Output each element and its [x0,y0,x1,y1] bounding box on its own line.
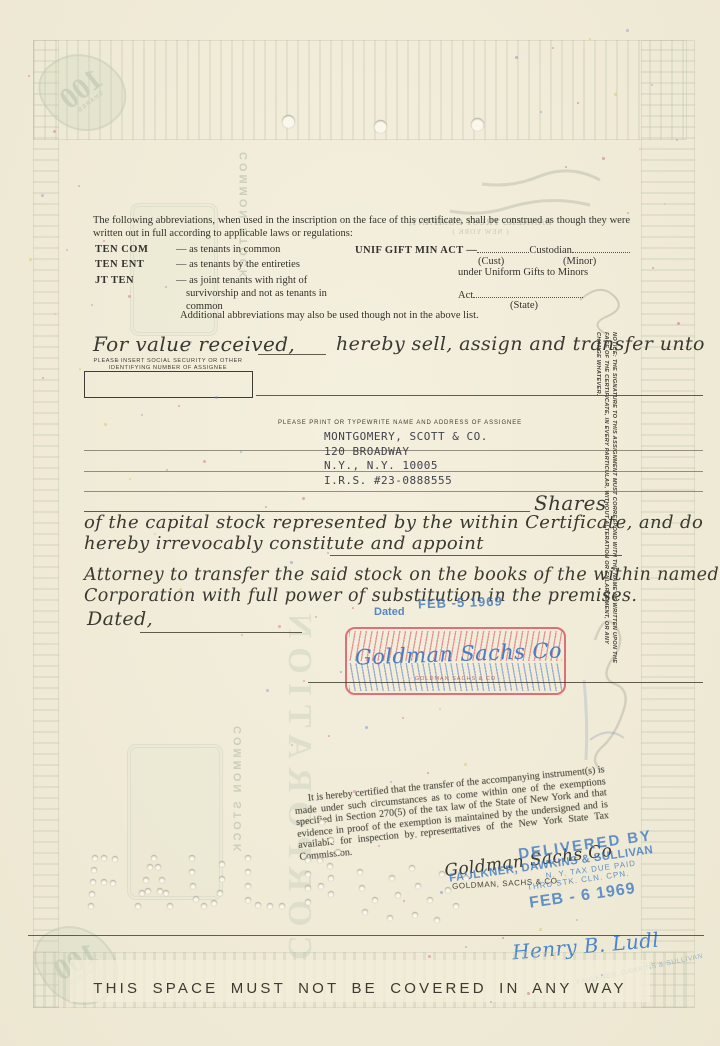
assignee-irs: I.R.S. #23-0888555 [324,474,488,489]
abbrev-ten-ent-meaning: — as tenants by the entireties [176,258,300,271]
feb5-date-stamp: FEB -5 1969 [418,594,503,612]
abbrev-ten-com-meaning: — as tenants in common [176,243,280,256]
custodian-leader-line [477,243,529,253]
abbrev-ten-ent: TEN ENT [95,258,144,271]
assignee-name: MONTGOMERY, SCOTT & CO. [324,430,488,445]
value-fill-line [258,353,326,355]
sell-assign-transfer: hereby sell, assign and transfer unto [336,333,705,355]
under-uniform-gifts: under Uniform Gifts to Minors [458,266,588,279]
appoint-fill-line [330,554,622,556]
goldman-sachs-stamp-box: Goldman Sachs Co · GOLDMAN SACHS & CO · [345,627,566,695]
dated-fill-line [140,631,302,633]
constitute-line: hereby irrevocably constitute and appoin… [84,533,484,554]
typed-assignee-block: MONTGOMERY, SCOTT & CO. 120 BROADWAY N.Y… [324,430,488,488]
certificate-back-page: 100 SHARES 100 SHARES BANKERS TRUST COMP… [0,0,720,1046]
dated-word: Dated, [87,608,153,630]
act-word: Act [458,290,473,301]
notice-sidebar: NOTICE: THE SIGNATURE TO THIS ASSIGNMENT… [594,332,618,667]
state-caption: (State) [510,299,538,312]
dated-stamp: Dated [374,606,405,618]
footer-warning: THIS SPACE MUST NOT BE COVERED IN ANY WA… [0,980,720,997]
abbreviations-intro: The following abbreviations, when used i… [93,214,630,240]
assignee-city: N.Y., N.Y. 10005 [324,459,488,474]
ssn-box [84,371,253,398]
attorney-line-2: Corporation with full power of substitut… [84,586,637,606]
assignee-street: 120 BROADWAY [324,445,488,460]
abbrev-jt-ten: JT TEN [95,274,134,287]
abbrev-ten-com: TEN COM [95,243,148,256]
attorney-line-1: Attorney to transfer the said stock on t… [84,565,719,585]
bottom-rule [28,935,704,936]
abbreviations-footnote: Additional abbreviations may also be use… [180,309,479,322]
unif-gift-label: UNIF GIFT MIN ACT — [355,245,477,256]
minor-leader-line [572,243,630,253]
act-leader-line [473,288,583,298]
signature-line [308,681,703,683]
print-typewrite-label: PLEASE PRINT OR TYPEWRITE NAME AND ADDRE… [250,420,550,427]
ssn-label: PLEASE INSERT SOCIAL SECURITY OR OTHER I… [84,358,252,372]
assignee-line-0 [256,394,703,396]
abbrev-jt-ten-meaning: — as joint tenants with right of survivo… [176,274,358,313]
